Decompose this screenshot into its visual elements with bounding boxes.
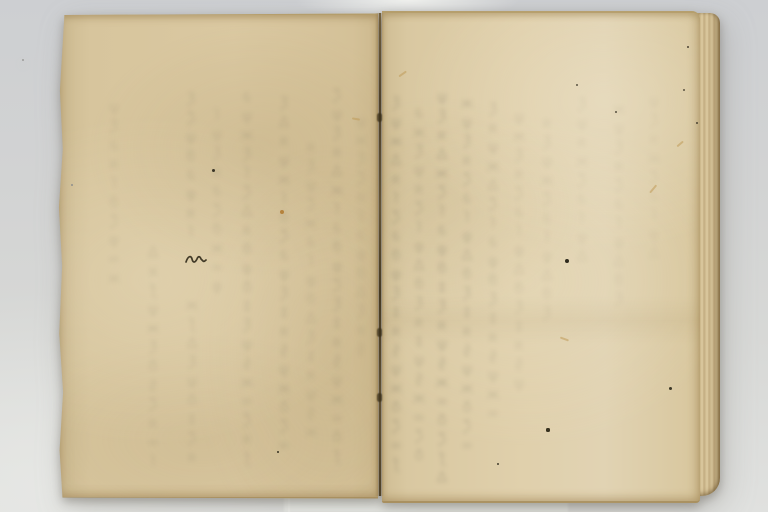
binding-gutter-line [379,13,381,496]
ink-speck [212,169,215,172]
ink-speck [546,428,549,431]
ink-mark-scribble [185,252,207,267]
open-book: ψ ξ ∂ я ſ ϑ ζ φ ≈ ж∆ ϰ ƒ ψ ж ξ ð § ζ я ∞… [0,0,768,512]
left-page [58,13,378,499]
binding-stitch-knot [377,328,382,337]
ink-speck [280,210,284,214]
binding-stitch-knot [377,113,382,122]
binding-stitch-knot [377,393,382,402]
photo-of-open-manuscript: ψ ξ ∂ я ſ ϑ ζ φ ≈ ж∆ ϰ ƒ ψ ж ξ ð § ζ я ∞… [0,0,768,512]
right-page [382,11,700,503]
ink-speck [565,259,569,263]
ink-speck [669,387,672,390]
ink-speck [22,59,24,61]
